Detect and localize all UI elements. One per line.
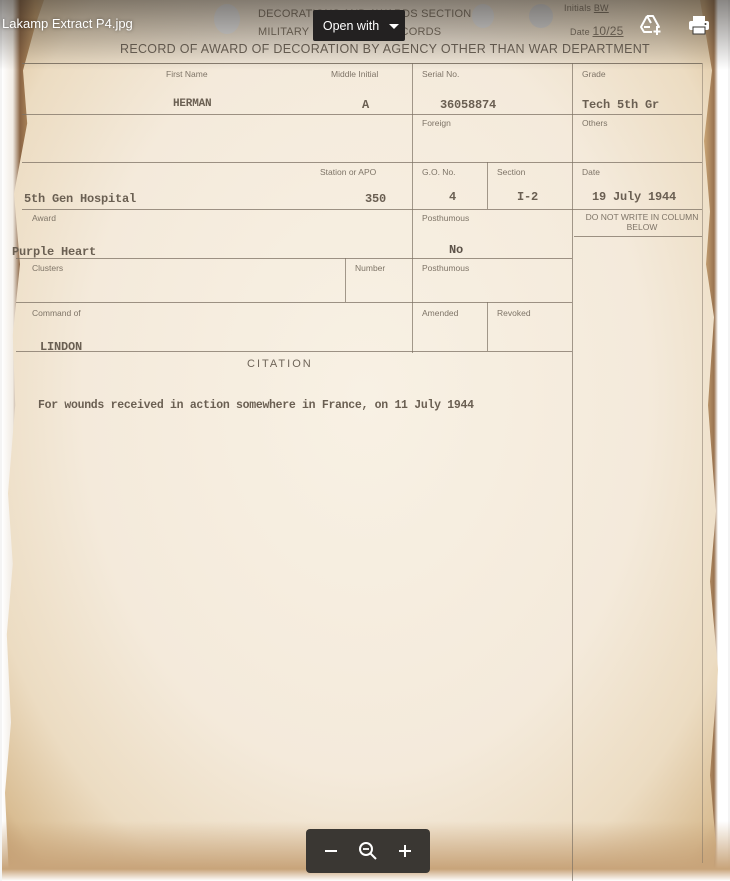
date-label: Date [582, 167, 600, 177]
date-value: 19 July 1944 [592, 190, 676, 204]
number-label: Number [355, 263, 385, 273]
print-button[interactable] [686, 12, 712, 38]
go-no-value: 4 [449, 190, 456, 204]
add-to-drive-button[interactable] [638, 12, 664, 38]
zoom-reset-button[interactable] [354, 837, 382, 865]
station-value: 350 [365, 192, 386, 206]
rule [22, 209, 702, 210]
burnt-edge-right [688, 0, 728, 881]
zoom-out-button[interactable] [317, 837, 345, 865]
rule [412, 63, 413, 353]
rule [16, 302, 572, 303]
award-value: Purple Heart [12, 245, 96, 259]
file-name: Lakamp Extract P4.jpg [2, 16, 133, 31]
citation-title: CITATION [247, 358, 313, 370]
revoked-label: Revoked [497, 308, 531, 318]
posthumous-label-2: Posthumous [422, 263, 469, 273]
first-name-value: HERMAN [173, 98, 211, 110]
rule [572, 114, 702, 115]
zoom-controls [306, 829, 430, 873]
minus-icon [323, 843, 339, 859]
open-with-button[interactable]: Open with [313, 10, 405, 41]
command-label: Command of [32, 308, 81, 318]
grade-value: Tech 5th Gr [582, 98, 659, 112]
zoom-in-button[interactable] [391, 837, 419, 865]
burnt-edge-left [2, 0, 62, 881]
first-name-label: First Name [166, 69, 208, 79]
foreign-label: Foreign [422, 118, 451, 128]
rule [22, 114, 572, 115]
clusters-label: Clusters [32, 263, 63, 273]
section-value: I-2 [517, 190, 538, 204]
chevron-down-icon [389, 24, 399, 29]
document-image: DECORATIONS AND AWARDS SECTION MILITARY … [2, 0, 728, 881]
middle-initial-value: A [362, 98, 369, 112]
rule [22, 162, 702, 163]
rule [16, 258, 572, 259]
plus-icon [397, 843, 413, 859]
rule [345, 258, 346, 302]
go-no-label: G.O. No. [422, 167, 456, 177]
rule [572, 63, 573, 881]
image-viewer: DECORATIONS AND AWARDS SECTION MILITARY … [0, 0, 730, 881]
rule [16, 351, 572, 352]
rule [487, 162, 488, 209]
station-label: Station or APO [320, 167, 376, 177]
grade-label: Grade [582, 69, 606, 79]
magnifier-icon [358, 841, 378, 861]
print-icon [688, 15, 710, 35]
unit-value: 5th Gen Hospital [24, 192, 136, 206]
add-to-drive-icon [639, 14, 663, 36]
rule [487, 302, 488, 351]
amended-label: Amended [422, 308, 458, 318]
serial-no-label: Serial No. [422, 69, 459, 79]
rule [702, 63, 703, 863]
command-value: LINDON [40, 340, 82, 354]
serial-no-value: 36058874 [440, 98, 496, 112]
award-label: Award [32, 213, 56, 223]
posthumous-label-1: Posthumous [422, 213, 469, 223]
middle-initial-label: Middle Initial [331, 69, 378, 79]
open-with-label: Open with [323, 19, 379, 33]
rule [574, 236, 702, 237]
posthumous-value-1: No [449, 243, 463, 257]
citation-text: For wounds received in action somewhere … [38, 399, 474, 412]
do-not-write-notice: DO NOT WRITE IN COLUMN BELOW [578, 212, 706, 232]
section-label: Section [497, 167, 525, 177]
others-label: Others [582, 118, 608, 128]
